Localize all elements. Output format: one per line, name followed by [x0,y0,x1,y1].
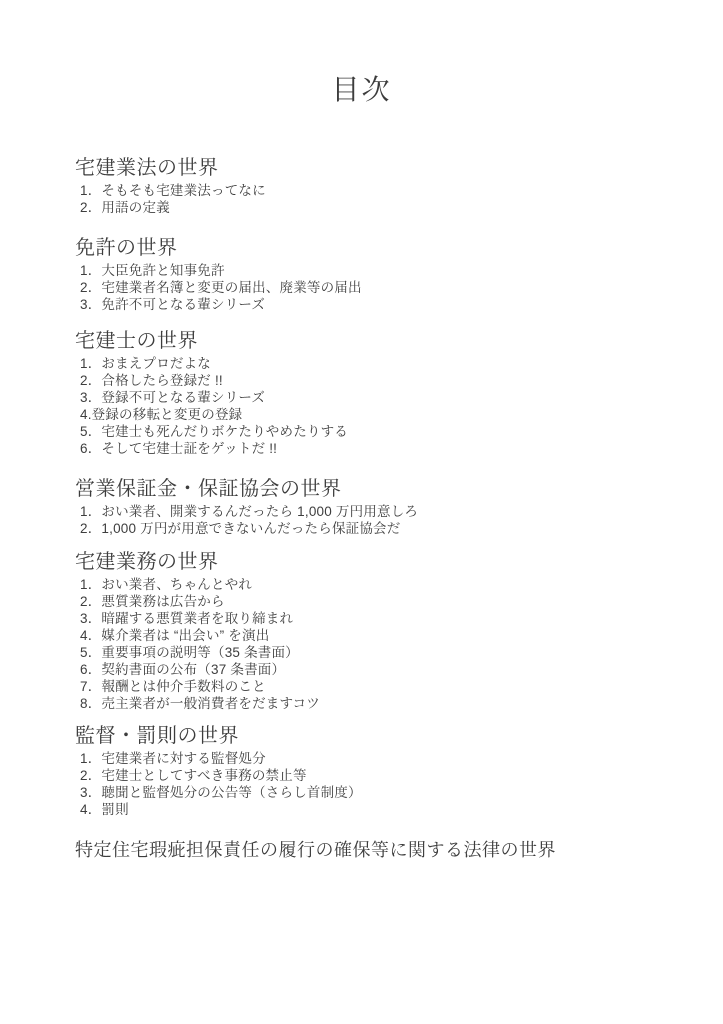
toc-item: 3．暗躍する悪質業者を取り締まれ [80,610,673,627]
toc-item: 5．宅建士も死んだりボケたりやめたりする [80,423,673,440]
toc-item: 2．悪質業務は広告から [80,593,673,610]
section-gyomu: 宅建業務の世界 1．おい業者、ちゃんとやれ 2．悪質業務は広告から 3．暗躍する… [75,550,673,712]
section-hoshokin: 営業保証金・保証協会の世界 1．おい業者、開業するんだったら 1,000 万円用… [75,477,673,537]
toc-item: 2．宅建士としてすべき事務の禁止等 [80,767,673,784]
toc-item: 4．媒介業者は “出会い” を演出 [80,627,673,644]
document-page: 目次 宅建業法の世界 1．そもそも宅建業法ってなに 2．用語の定義 免許の世界 … [0,0,723,1024]
toc-item: 6．契約書面の公布（37 条書面） [80,661,673,678]
toc-item: 2．1,000 万円が用意できないんだったら保証協会だ [80,520,673,537]
toc-item: 4.登録の移転と変更の登録 [80,406,673,423]
toc-item: 8．売主業者が一般消費者をだますコツ [80,695,673,712]
section-title: 宅建士の世界 [75,329,673,353]
section-title: 特定住宅瑕疵担保責任の履行の確保等に関する法律の世界 [75,838,673,862]
section-title: 監督・罰則の世界 [75,724,673,748]
toc-item: 4．罰則 [80,801,673,818]
page-title: 目次 [0,72,723,108]
section-takkenshi: 宅建士の世界 1．おまえプロだよな 2．合格したら登録だ !! 3．登録不可とな… [75,329,673,457]
toc-content: 宅建業法の世界 1．そもそも宅建業法ってなに 2．用語の定義 免許の世界 1．大… [0,156,723,862]
toc-item: 5．重要事項の説明等（35 条書面） [80,644,673,661]
section-items: 1．そもそも宅建業法ってなに 2．用語の定義 [75,182,673,216]
toc-item: 1．おい業者、ちゃんとやれ [80,576,673,593]
section-title: 宅建業法の世界 [75,156,673,180]
section-items: 1．大臣免許と知事免許 2．宅建業者名簿と変更の届出、廃業等の届出 3．免許不可… [75,262,673,313]
section-title: 宅建業務の世界 [75,550,673,574]
section-kashi-tanpo: 特定住宅瑕疵担保責任の履行の確保等に関する法律の世界 [75,838,673,862]
toc-item: 3．聴聞と監督処分の公告等（さらし首制度） [80,784,673,801]
section-takken-gyoho: 宅建業法の世界 1．そもそも宅建業法ってなに 2．用語の定義 [75,156,673,216]
section-items: 1．おい業者、開業するんだったら 1,000 万円用意しろ 2．1,000 万円… [75,503,673,537]
toc-item: 2．合格したら登録だ !! [80,372,673,389]
section-items: 1．おい業者、ちゃんとやれ 2．悪質業務は広告から 3．暗躍する悪質業者を取り締… [75,576,673,712]
section-title: 免許の世界 [75,236,673,260]
section-menkyo: 免許の世界 1．大臣免許と知事免許 2．宅建業者名簿と変更の届出、廃業等の届出 … [75,236,673,313]
toc-item: 1．おい業者、開業するんだったら 1,000 万円用意しろ [80,503,673,520]
toc-item: 3．登録不可となる輩シリーズ [80,389,673,406]
toc-item: 1．大臣免許と知事免許 [80,262,673,279]
toc-item: 1．おまえプロだよな [80,355,673,372]
section-items: 1．宅建業者に対する監督処分 2．宅建士としてすべき事務の禁止等 3．聴聞と監督… [75,750,673,818]
toc-item: 2．宅建業者名簿と変更の届出、廃業等の届出 [80,279,673,296]
toc-item: 3．免許不可となる輩シリーズ [80,296,673,313]
toc-item: 7．報酬とは仲介手数料のこと [80,678,673,695]
section-title: 営業保証金・保証協会の世界 [75,477,673,501]
toc-item: 6．そして宅建士証をゲットだ !! [80,440,673,457]
section-kantoku-bassoku: 監督・罰則の世界 1．宅建業者に対する監督処分 2．宅建士としてすべき事務の禁止… [75,724,673,818]
toc-item: 2．用語の定義 [80,199,673,216]
toc-item: 1．宅建業者に対する監督処分 [80,750,673,767]
section-items: 1．おまえプロだよな 2．合格したら登録だ !! 3．登録不可となる輩シリーズ … [75,355,673,457]
toc-item: 1．そもそも宅建業法ってなに [80,182,673,199]
